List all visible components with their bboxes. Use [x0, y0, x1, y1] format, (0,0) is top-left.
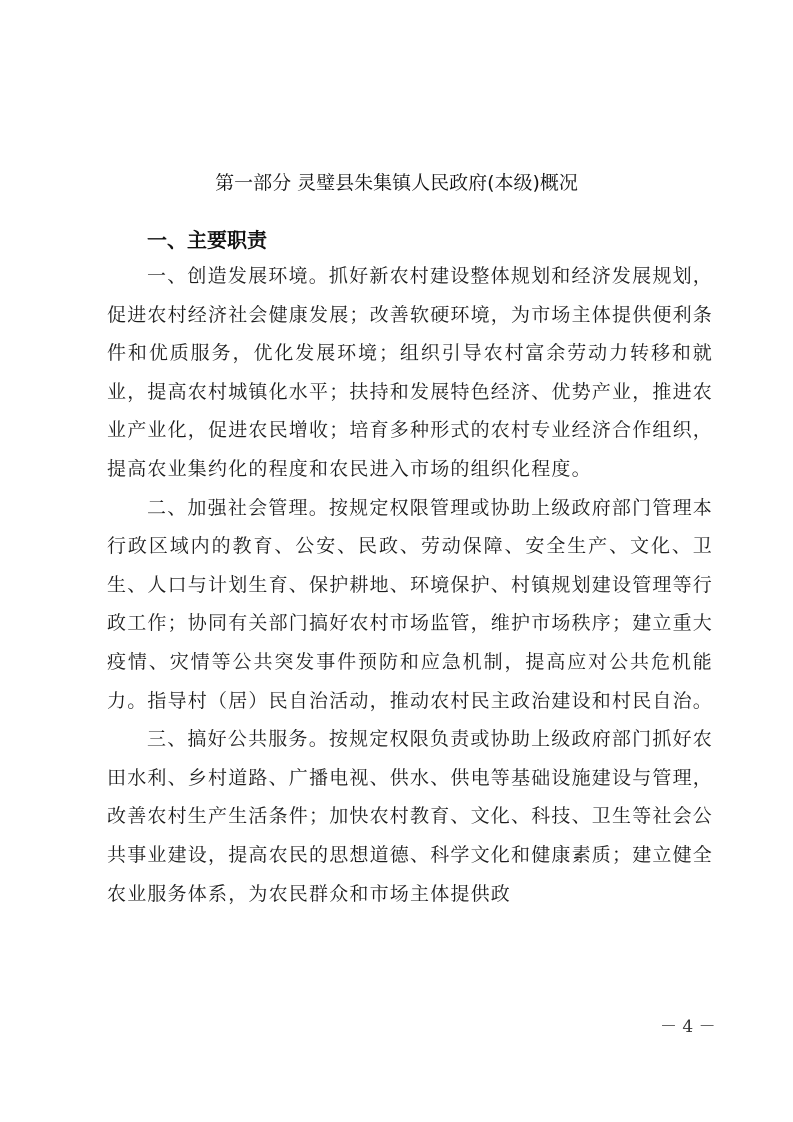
page-title: 第一部分 灵璧县朱集镇人民政府(本级)概况	[0, 170, 793, 196]
paragraph-create-environment: 一、创造发展环境。抓好新农村建设整体规划和经济发展规划，促进农村经济社会健康发展…	[107, 257, 713, 489]
body-text: 一、创造发展环境。抓好新农村建设整体规划和经济发展规划，促进农村经济社会健康发展…	[107, 257, 713, 913]
paragraph-social-management: 二、加强社会管理。按规定权限管理或协助上级政府部门管理本行政区域内的教育、公安、…	[107, 489, 713, 721]
page-number: － 4 －	[660, 1012, 716, 1037]
paragraph-public-service: 三、搞好公共服务。按规定权限负责或协助上级政府部门抓好农田水利、乡村道路、广播电…	[107, 720, 713, 913]
section-heading: 一、主要职责	[147, 226, 267, 254]
